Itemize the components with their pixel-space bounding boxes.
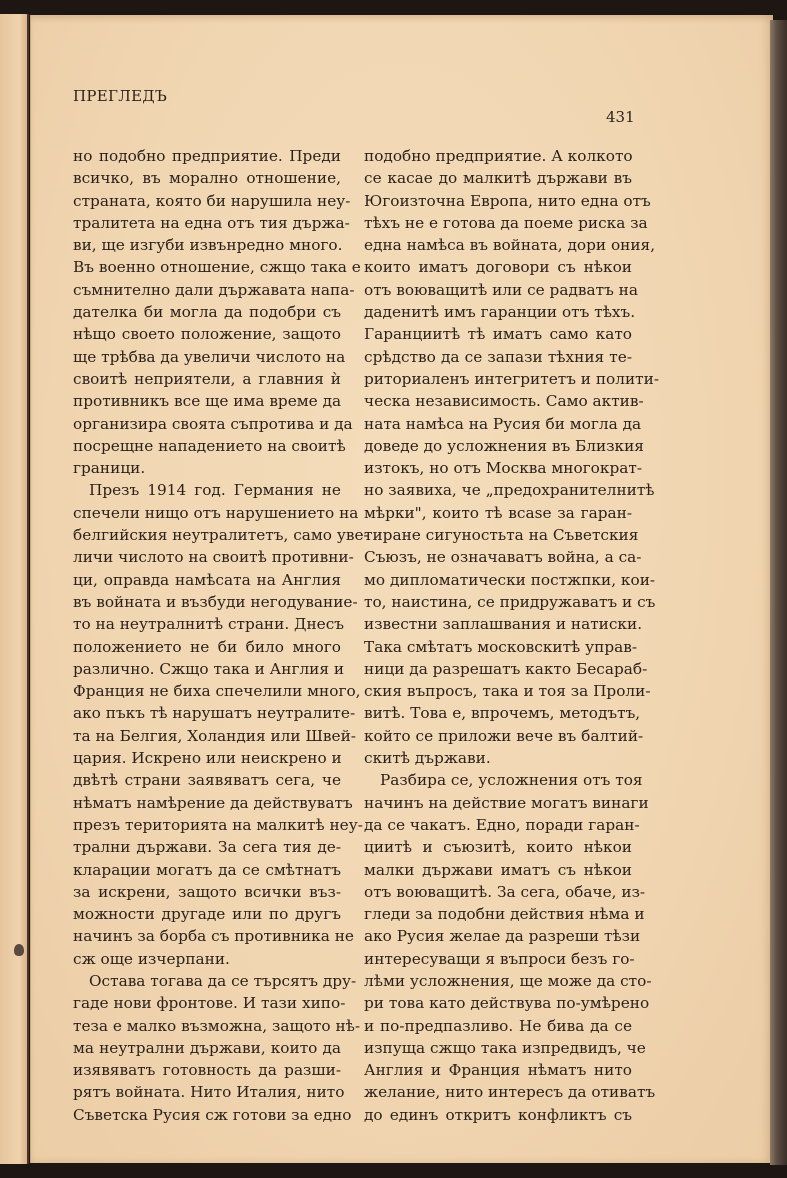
page-number: 431: [606, 108, 635, 126]
text-line: мѣрки", които тѣ вcase за гаран-: [364, 502, 632, 524]
text-line: сж още изчерпани.: [73, 948, 341, 970]
text-line: интересуващи я въпроси безъ го-: [364, 948, 632, 970]
text-line: който се приложи вече въ балтий-: [364, 725, 632, 747]
text-line: риториаленъ интегритетъ и полити-: [364, 368, 632, 390]
text-line: една намѣса въ войната, дори ония,: [364, 234, 632, 256]
text-line: белгийския неутралитетъ, само уве-: [73, 524, 341, 546]
text-line: тѣхъ не е готова да поеме риска за: [364, 212, 632, 234]
text-line: циитѣ и съюзитѣ, които нѣкои: [364, 836, 632, 858]
text-line: ако пъкъ тѣ нарушатъ неутралите-: [73, 702, 341, 724]
text-line: за искрени, защото всички въз-: [73, 881, 341, 903]
tack-mark-icon: [14, 944, 24, 956]
text-line: можности другаде или по другъ: [73, 903, 341, 925]
text-line: граници.: [73, 457, 341, 479]
text-line: ната намѣса на Русия би могла да: [364, 413, 632, 435]
text-line: ще трѣбва да увеличи числото на: [73, 346, 341, 368]
text-line: организира своята съпротива и да: [73, 413, 341, 435]
text-line: ви, ще изгуби извънредно много.: [73, 234, 341, 256]
text-line: лѣми усложнения, ще може да сто-: [364, 970, 632, 992]
text-line: даденитѣ имъ гаранции отъ тѣхъ.: [364, 301, 632, 323]
text-line: Въ военно отношение, сжщо така е: [73, 256, 341, 278]
text-line: да се чакатъ. Едно, поради гаран-: [364, 814, 632, 836]
text-line: до единъ откритъ конфликтъ съ: [364, 1104, 632, 1126]
text-line: нѣматъ намѣрение да действуватъ: [73, 792, 341, 814]
text-line: но заявиха, че „предохранителнитѣ: [364, 479, 632, 501]
text-line: отъ воюващитѣ. За сега, обаче, из-: [364, 881, 632, 903]
text-line: и по-предпазливо. Не бива да се: [364, 1015, 632, 1037]
text-line: цария. Искрено или неискрено и: [73, 747, 341, 769]
text-line: подобно предприятие. А колкото: [364, 145, 632, 167]
text-line: страната, която би нарушила неу-: [73, 190, 341, 212]
text-line: желание, нито интересъ да отиватъ: [364, 1081, 632, 1103]
text-line: нѣщо своето положение, защото: [73, 323, 341, 345]
text-line: то на неутралнитѣ страни. Днесъ: [73, 613, 341, 635]
text-line: кларации могатъ да се смѣтнатъ: [73, 859, 341, 881]
text-line: скитѣ държави.: [364, 747, 632, 769]
text-line: ако Русия желае да разреши тѣзи: [364, 925, 632, 947]
text-line: двѣтѣ страни заявяватъ сега, че: [73, 769, 341, 791]
text-line: тралитета на една отъ тия държа-: [73, 212, 341, 234]
running-head: ПРЕГЛЕДЪ: [73, 87, 167, 105]
text-line: Франция не биха спечелили много,: [73, 680, 341, 702]
text-line: Презъ 1914 год. Германия не: [73, 479, 341, 501]
text-line: витѣ. Това е, впрочемъ, методътъ,: [364, 702, 632, 724]
text-line: ри това като действува по-умѣрено: [364, 992, 632, 1014]
text-line: срѣдство да се запази тѣхния те-: [364, 346, 632, 368]
text-column-right: подобно предприятие. А колкотосе касае д…: [364, 145, 632, 1126]
text-line: противникъ все ще има време да: [73, 390, 341, 412]
text-line: положението не би било много: [73, 636, 341, 658]
text-line: гледи за подобни действия нѣма и: [364, 903, 632, 925]
book-cover-edge: [770, 20, 787, 1165]
text-line: малки държави иматъ съ нѣкои: [364, 859, 632, 881]
text-line: различно. Сжщо така и Англия и: [73, 658, 341, 680]
text-line: Така смѣтатъ московскитѣ управ-: [364, 636, 632, 658]
text-line: трални държави. За сега тия де-: [73, 836, 341, 858]
text-line: спечели нищо отъ нарушението на: [73, 502, 341, 524]
facing-page-edge: [0, 14, 29, 1164]
text-line: презъ територията на малкитѣ неу-: [73, 814, 341, 836]
text-line: изтокъ, но отъ Москва многократ-: [364, 457, 632, 479]
text-line: мо дипломатически постжпки, кои-: [364, 569, 632, 591]
text-line: дателка би могла да подобри съ: [73, 301, 341, 323]
text-column-left: но подобно предприятие. Предивсичко, въ …: [73, 145, 341, 1126]
text-line: ци, оправда намѣсата на Англия: [73, 569, 341, 591]
text-line: гаде нови фронтове. И тази хипо-: [73, 992, 341, 1014]
text-line: всичко, въ морално отношение,: [73, 167, 341, 189]
text-line: Гаранциитѣ тѣ иматъ само като: [364, 323, 632, 345]
text-line: доведе до усложнения въ Близкия: [364, 435, 632, 457]
text-line: но подобно предприятие. Преди: [73, 145, 341, 167]
text-line: въ войната и възбуди негодувание-: [73, 591, 341, 613]
text-line: своитѣ неприятели, а главния ѝ: [73, 368, 341, 390]
text-line: Съюзъ, не означаватъ война, а са-: [364, 546, 632, 568]
text-line: посрещне нападението на своитѣ: [73, 435, 341, 457]
text-line: Разбира се, усложнения отъ тоя: [364, 769, 632, 791]
text-line: отъ воюващитѣ или се радватъ на: [364, 279, 632, 301]
text-line: начинъ за борба съ противника не: [73, 925, 341, 947]
text-line: ческа независимость. Само актив-: [364, 390, 632, 412]
text-line: изявяватъ готовность да разши-: [73, 1059, 341, 1081]
text-line: Югоизточна Европа, нито една отъ: [364, 190, 632, 212]
text-line: Съветска Русия сж готови за едно: [73, 1104, 341, 1126]
text-line: изпуща сжщо така изпредвидъ, че: [364, 1037, 632, 1059]
text-line: личи числото на своитѣ противни-: [73, 546, 341, 568]
text-line: ския въпросъ, така и тоя за Проли-: [364, 680, 632, 702]
text-line: ници да разрешатъ както Бесараб-: [364, 658, 632, 680]
text-line: съмнително дали държавата напа-: [73, 279, 341, 301]
text-line: известни заплашвания и натиски.: [364, 613, 632, 635]
text-line: начинъ на действие могатъ винаги: [364, 792, 632, 814]
text-line: Остава тогава да се търсятъ дру-: [73, 970, 341, 992]
text-line: тиране сигуностьта на Съветския: [364, 524, 632, 546]
text-line: теза е малко възможна, защото нѣ-: [73, 1015, 341, 1037]
text-line: ма неутрални държави, които да: [73, 1037, 341, 1059]
text-line: рятъ войната. Нито Италия, нито: [73, 1081, 341, 1103]
text-line: Англия и Франция нѣматъ нито: [364, 1059, 632, 1081]
text-line: та на Белгия, Холандия или Швей-: [73, 725, 341, 747]
text-line: то, наистина, се придружаватъ и съ: [364, 591, 632, 613]
text-line: които иматъ договори съ нѣкои: [364, 256, 632, 278]
text-line: се касае до малкитѣ държави въ: [364, 167, 632, 189]
